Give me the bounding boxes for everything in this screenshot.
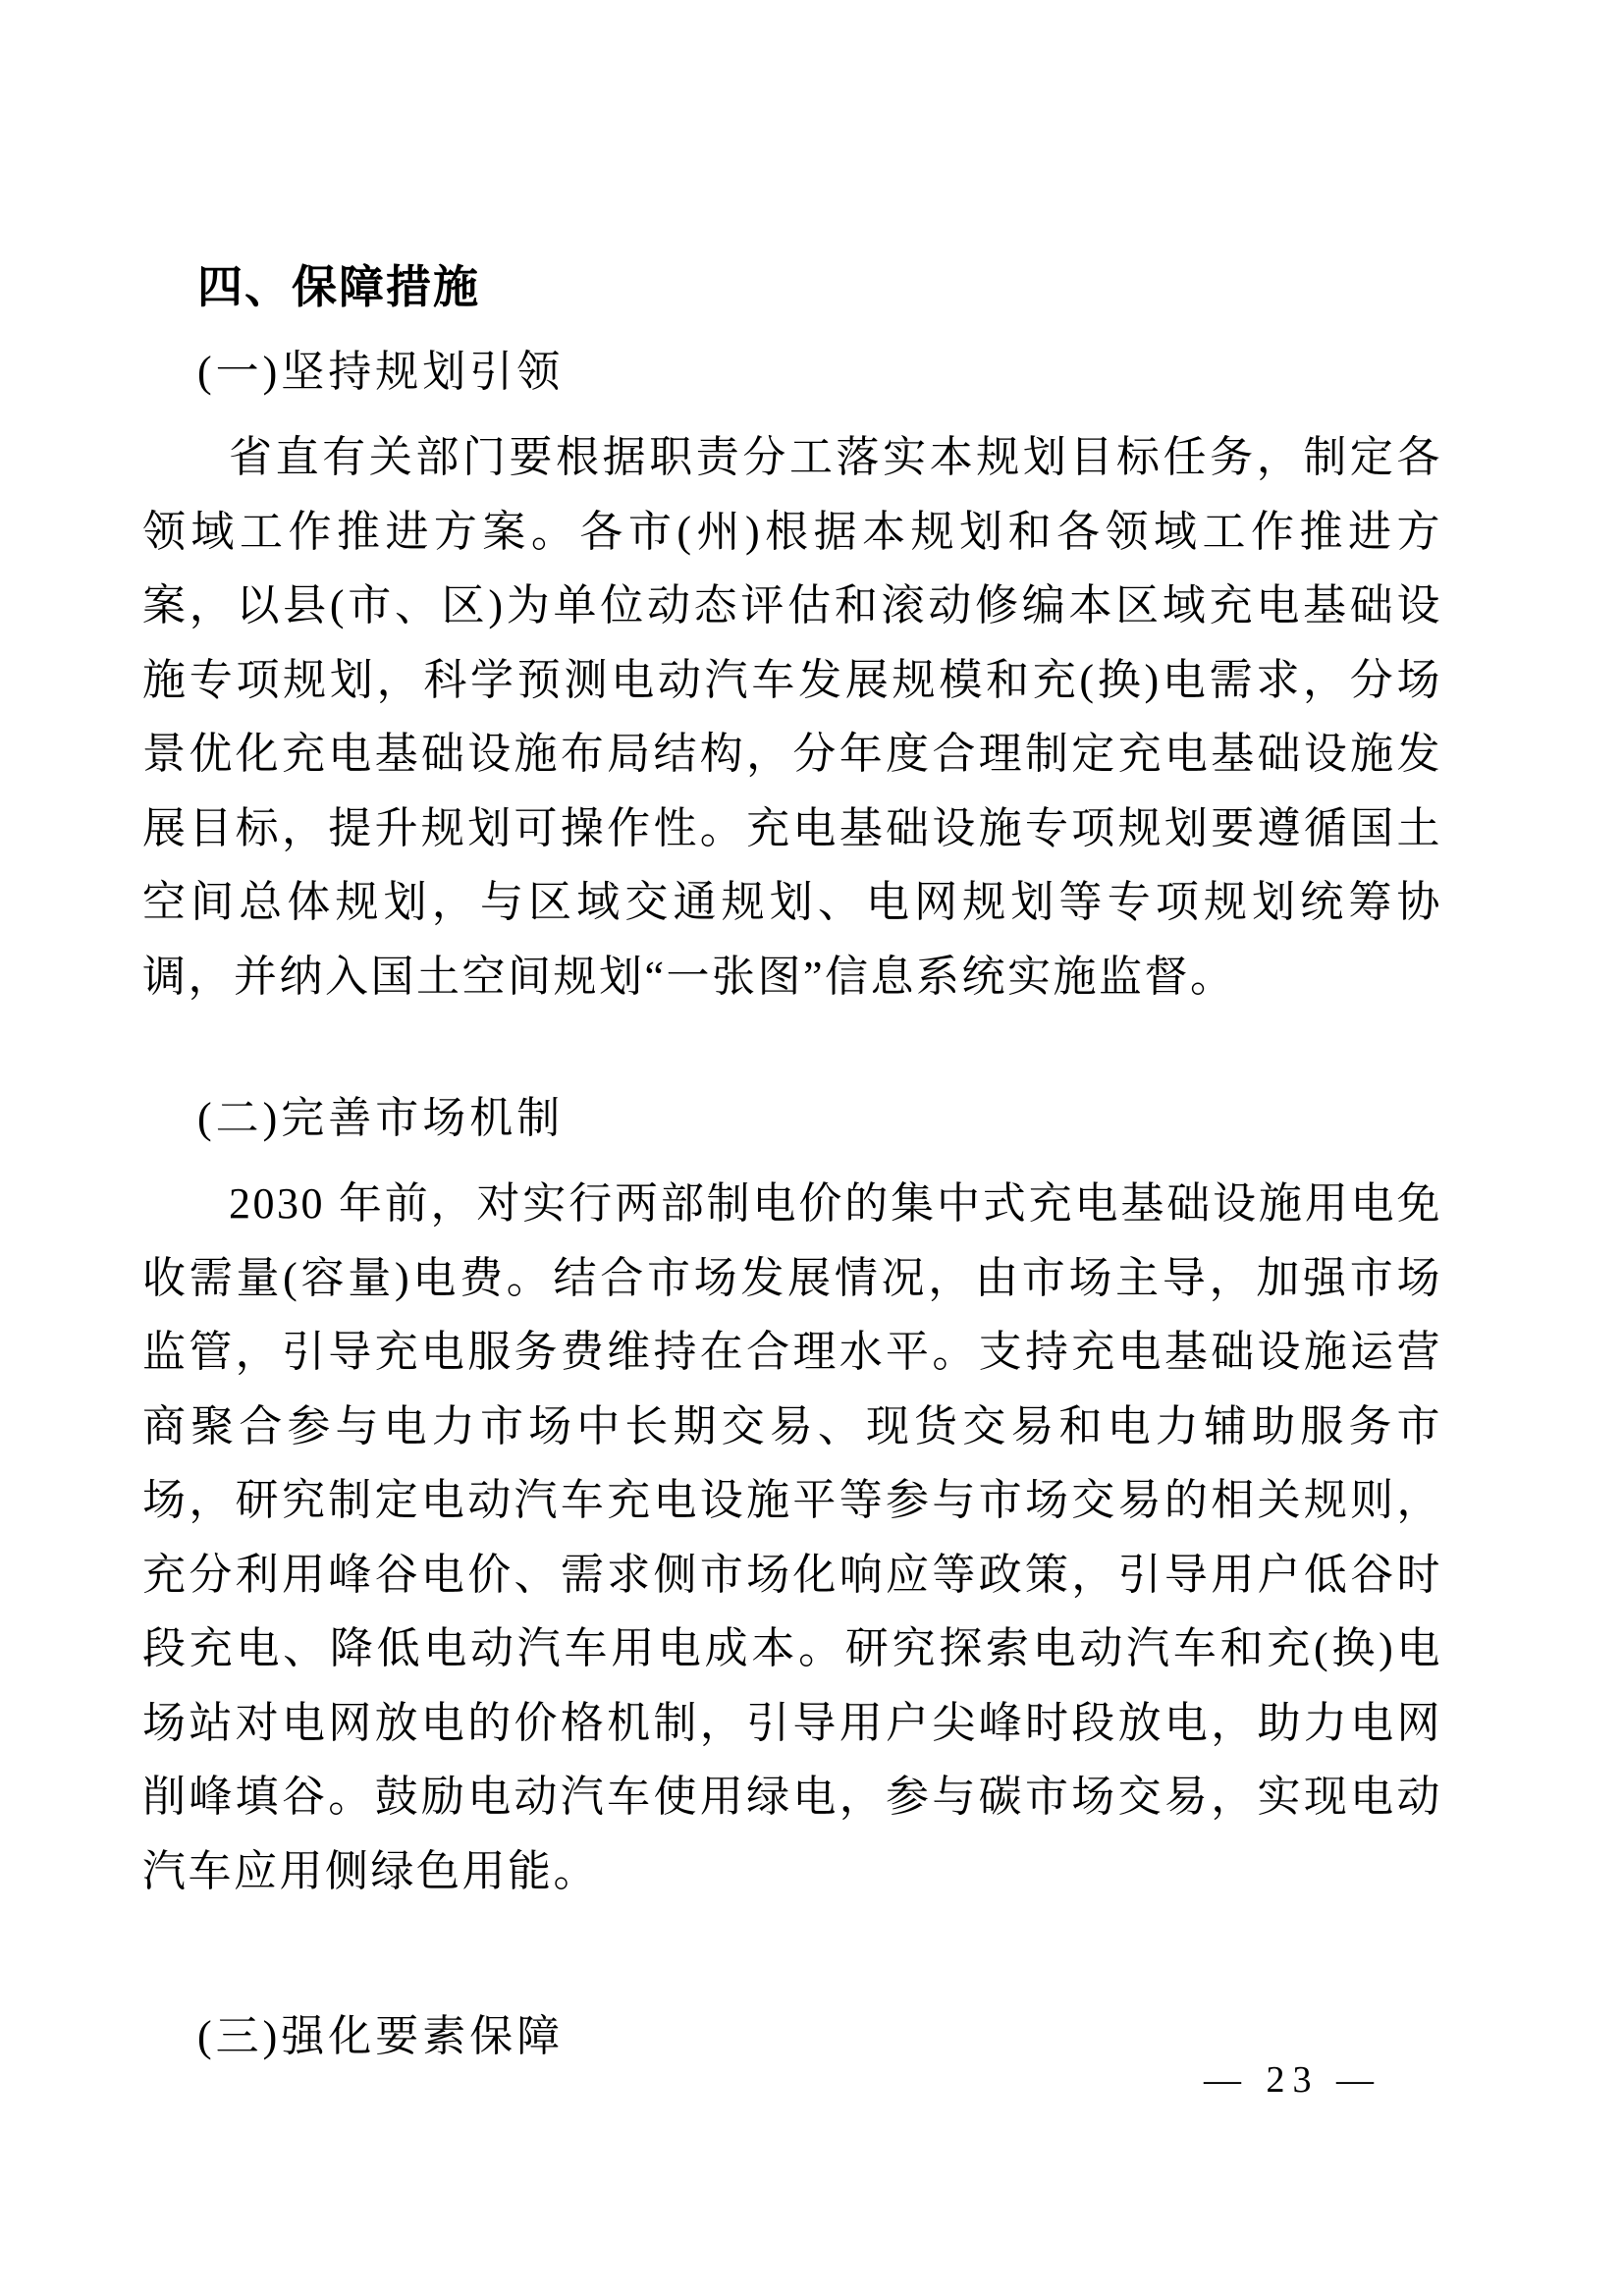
paragraph-planning: 省直有关部门要根据职责分工落实本规划目标任务，制定各领域工作推进方案。各市(州)…	[142, 420, 1442, 1013]
subsection-heading-2: (二)完善市场机制	[142, 1080, 1442, 1157]
page-number: — 23 —	[1204, 2058, 1381, 2102]
document-page: 四、保障措施 (一)坚持规划引领 省直有关部门要根据职责分工落实本规划目标任务，…	[0, 0, 1623, 2296]
subsection-heading-1: (一)坚持规划引领	[142, 334, 1442, 410]
paragraph-market-mechanism: 2030 年前，对实行两部制电价的集中式充电基础设施用电免收需量(容量)电费。结…	[142, 1167, 1442, 1908]
section-title: 四、保障措施	[142, 247, 1442, 326]
page-content: 四、保障措施 (一)坚持规划引领 省直有关部门要根据职责分工落实本规划目标任务，…	[142, 247, 1442, 2085]
